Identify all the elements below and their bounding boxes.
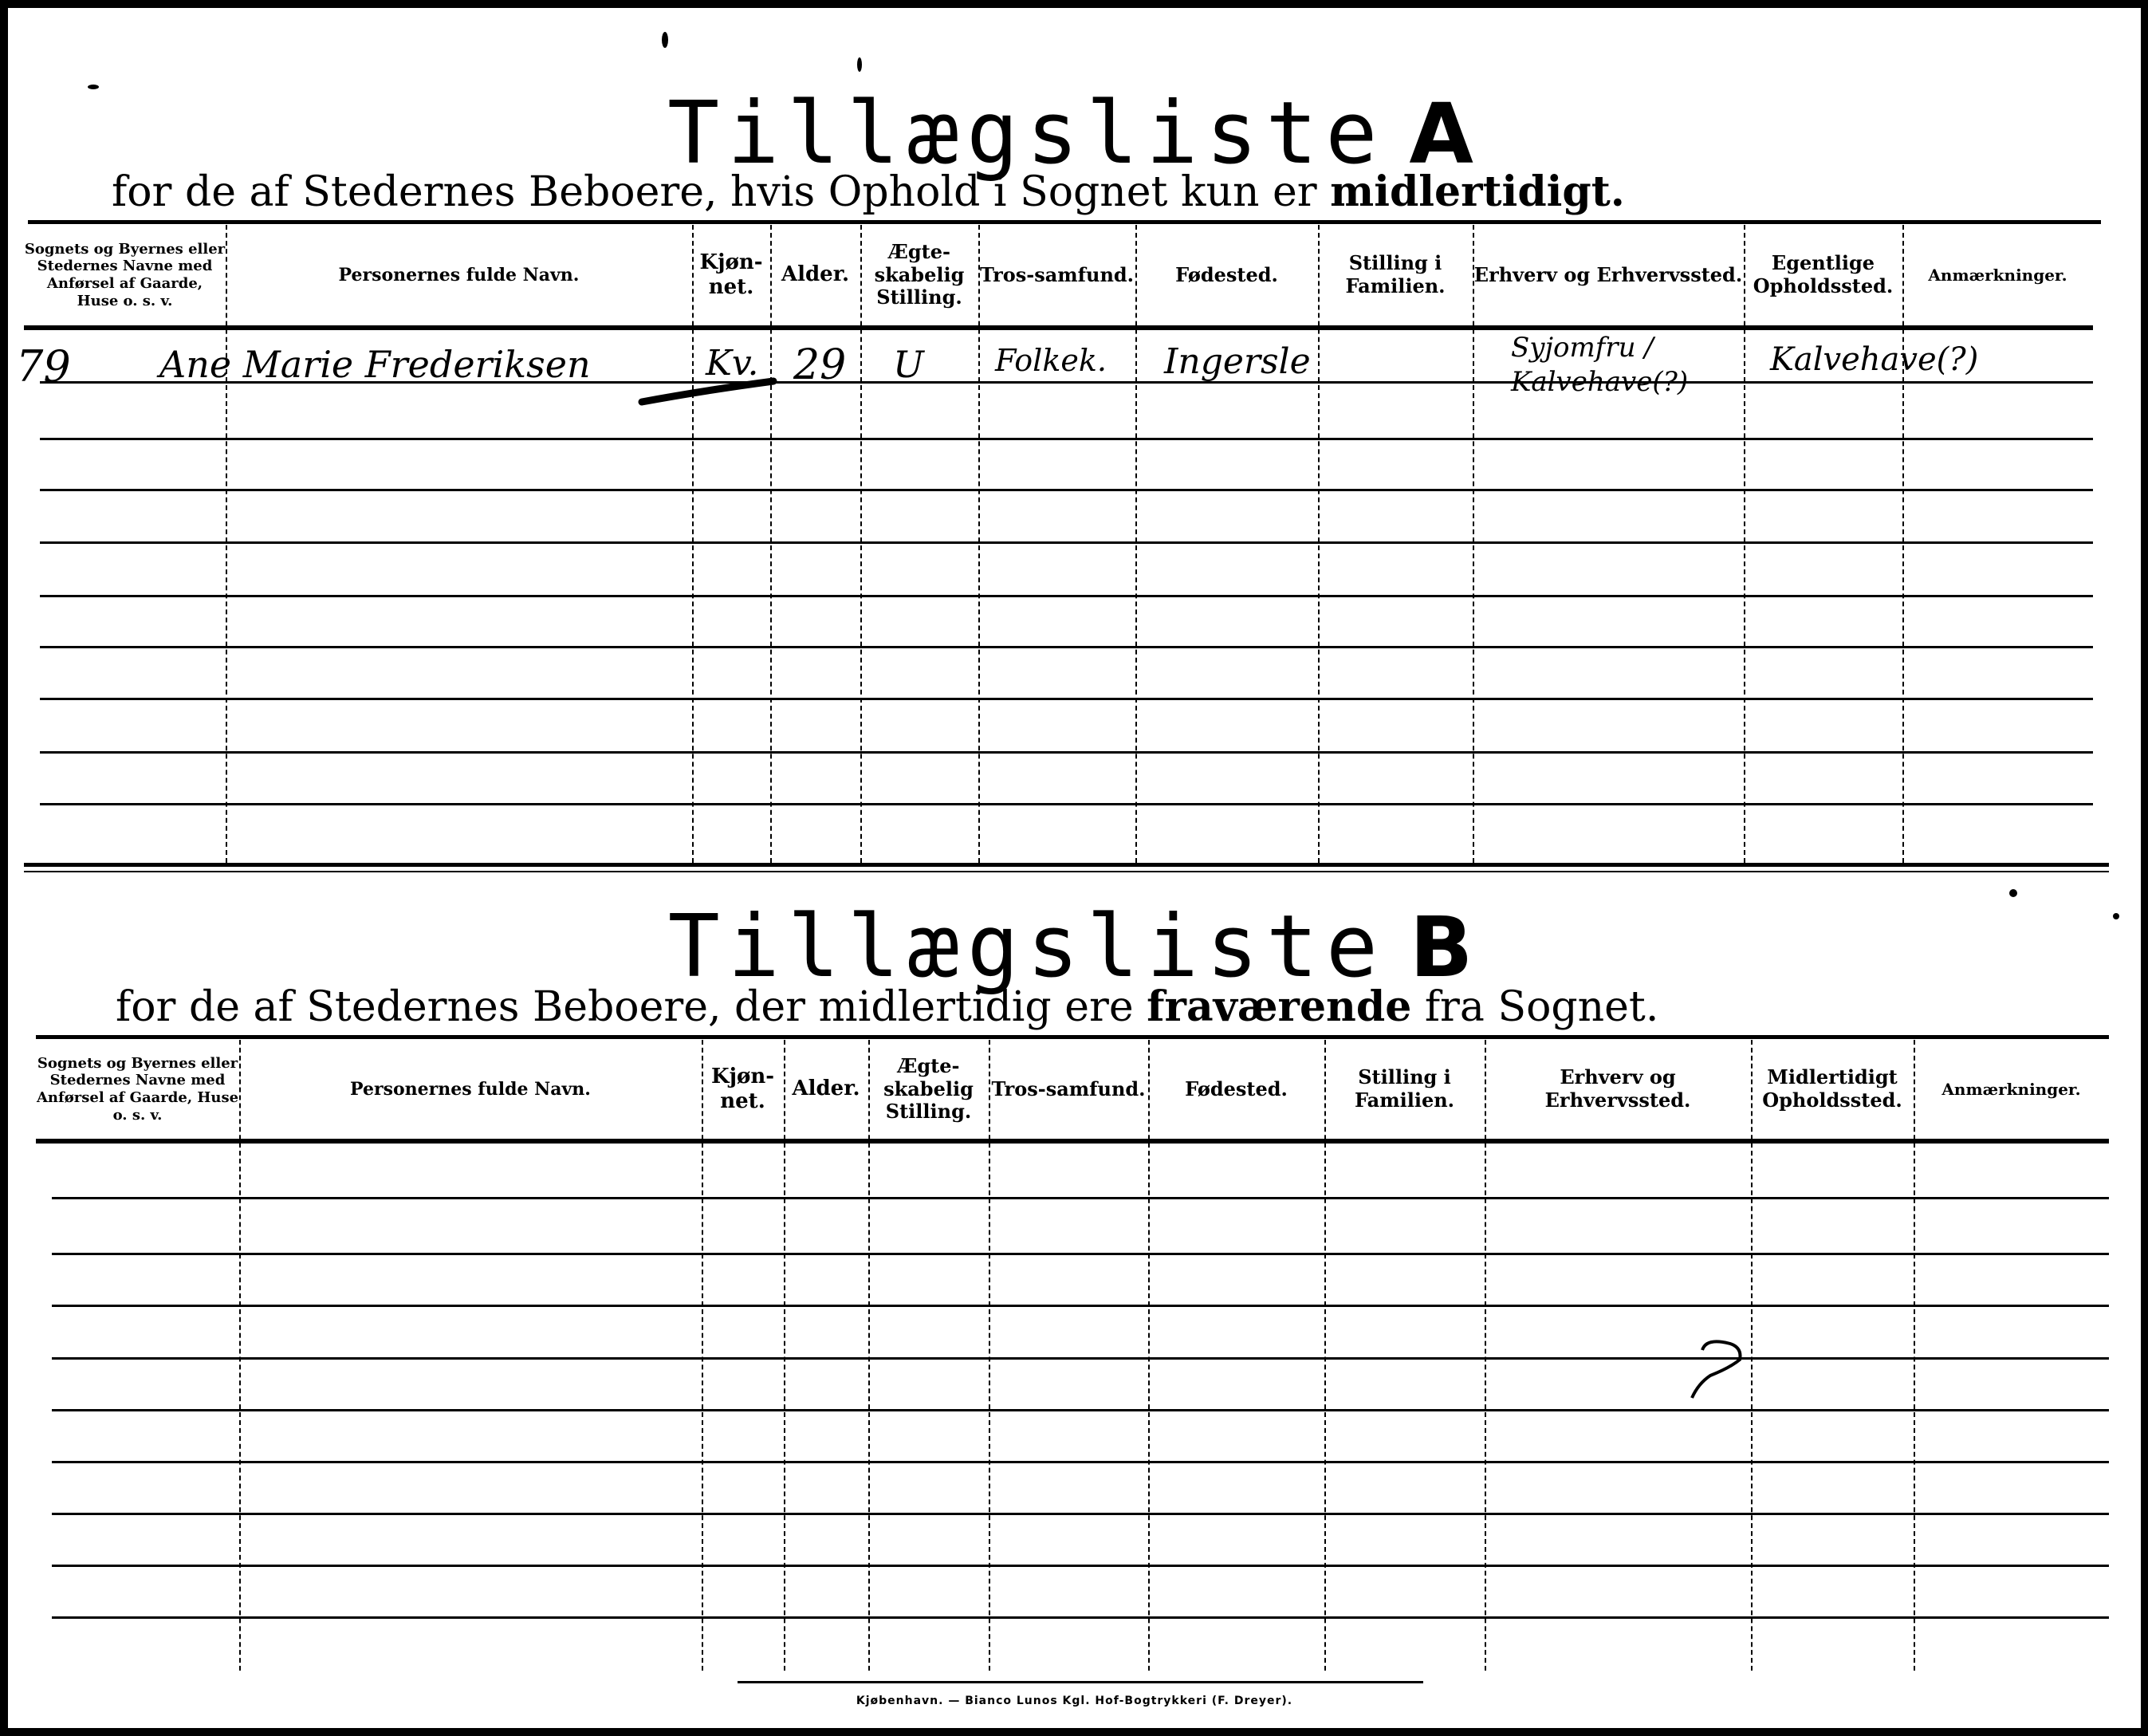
column-divider xyxy=(1902,225,1904,863)
column-divider xyxy=(1135,225,1137,863)
entry-age: 29 xyxy=(793,341,846,389)
scan-speck xyxy=(662,32,668,48)
column-divider xyxy=(1485,1040,1486,1671)
section-a-bottom-rule xyxy=(24,863,2109,867)
column-header: Ægte-skabelig Stilling. xyxy=(860,225,978,325)
column-header: Egentlige Opholdssted. xyxy=(1744,225,1902,325)
column-divider xyxy=(868,1040,870,1671)
section-b-subtitle-emphasis: fraværende xyxy=(1147,982,1411,1031)
scan-speck xyxy=(88,85,99,89)
column-header: Erhverv og Erhvervssted. xyxy=(1473,225,1744,325)
column-header: Kjøn-net. xyxy=(692,225,770,325)
column-header: Stilling i Familien. xyxy=(1318,225,1473,325)
table-row-line xyxy=(40,698,2093,700)
table-row-line xyxy=(52,1197,2109,1199)
column-divider xyxy=(1744,225,1745,863)
column-header: Stilling i Familien. xyxy=(1324,1040,1485,1139)
column-divider xyxy=(784,1040,785,1671)
entry-place-number: 79 xyxy=(16,341,71,392)
column-header: Anmærkninger. xyxy=(1914,1040,2109,1139)
table-row-line xyxy=(40,438,2093,440)
section-a-subtitle-emphasis: midlertidigt. xyxy=(1330,167,1625,216)
column-header: Fødested. xyxy=(1135,225,1318,325)
column-header: Personernes fulde Navn. xyxy=(239,1040,702,1139)
census-form-page: TillægslisteA for de af Stedernes Beboer… xyxy=(8,8,2141,1728)
entry-marital-status: U xyxy=(893,343,924,386)
column-header: Tros-samfund. xyxy=(978,225,1135,325)
column-divider xyxy=(860,225,862,863)
column-header: Tros-samfund. xyxy=(989,1040,1148,1139)
scan-speck xyxy=(857,57,862,72)
section-a-bottom-rule-2 xyxy=(24,871,2109,872)
column-header: Erhverv og Erhvervssted. xyxy=(1485,1040,1751,1139)
table-row-line xyxy=(52,1253,2109,1255)
footer-rule xyxy=(738,1681,1423,1683)
table-row-line xyxy=(40,646,2093,648)
column-header: Kjøn-net. xyxy=(702,1040,784,1139)
section-b-subtitle-text: for de af Stedernes Beboere, der midlert… xyxy=(116,983,1134,1031)
section-a-top-rule xyxy=(28,220,2101,224)
section-a-subtitle: for de af Stedernes Beboere, hvis Ophold… xyxy=(112,167,1625,216)
column-header: Sognets og Byernes eller Stedernes Navne… xyxy=(36,1040,239,1139)
section-b-subtitle-suffix: fra Sognet. xyxy=(1425,983,1659,1031)
column-divider xyxy=(1318,225,1320,863)
entry-residence: Kalvehave(?) xyxy=(1770,341,1978,378)
column-divider xyxy=(226,225,227,863)
header-rule xyxy=(36,1139,2109,1144)
column-header: Midlertidigt Opholdssted. xyxy=(1751,1040,1914,1139)
table-row-line xyxy=(40,595,2093,597)
section-b-letter: B xyxy=(1410,899,1481,996)
table-row-line xyxy=(52,1305,2109,1307)
table-row-line xyxy=(40,489,2093,491)
table-row-line xyxy=(40,803,2093,805)
table-row-line xyxy=(52,1616,2109,1619)
column-header: Fødested. xyxy=(1148,1040,1324,1139)
table-row-line xyxy=(40,751,2093,754)
column-header: Alder. xyxy=(770,225,860,325)
column-header: Sognets og Byernes eller Stedernes Navne… xyxy=(24,225,226,325)
scan-speck xyxy=(2009,889,2017,897)
column-divider xyxy=(770,225,772,863)
column-divider xyxy=(702,1040,703,1671)
column-header: Ægte-skabelig Stilling. xyxy=(868,1040,989,1139)
table-row-line xyxy=(52,1461,2109,1463)
column-header: Personernes fulde Navn. xyxy=(226,225,692,325)
column-divider xyxy=(1148,1040,1150,1671)
column-divider xyxy=(978,225,980,863)
entry-birthplace: Ingersle xyxy=(1164,341,1311,382)
column-header: Alder. xyxy=(784,1040,868,1139)
column-divider xyxy=(1324,1040,1326,1671)
column-divider xyxy=(1914,1040,1915,1671)
table-row-line xyxy=(40,541,2093,544)
entry-name: Ane Marie Frederiksen xyxy=(159,343,591,386)
pen-stroke-mark xyxy=(638,376,781,408)
column-header: Anmærkninger. xyxy=(1902,225,2093,325)
table-row-line xyxy=(52,1409,2109,1411)
scan-speck xyxy=(2113,913,2119,919)
header-rule xyxy=(24,325,2093,330)
table-row-line xyxy=(52,1565,2109,1567)
column-divider xyxy=(1473,225,1474,863)
table-row-line xyxy=(52,1357,2109,1360)
section-b-subtitle: for de af Stedernes Beboere, der midlert… xyxy=(116,982,1658,1031)
column-divider xyxy=(239,1040,241,1671)
pen-doodle-mark xyxy=(1682,1336,1754,1403)
entry-religion: Folkek. xyxy=(995,343,1107,378)
table-row-line xyxy=(52,1513,2109,1515)
printer-imprint: Kjøbenhavn. — Bianco Lunos Kgl. Hof-Bogt… xyxy=(8,1695,2141,1707)
entry-occupation: Syjomfru / Kalvehave(?) xyxy=(1511,331,1750,399)
section-a-subtitle-text: for de af Stedernes Beboere, hvis Ophold… xyxy=(112,168,1317,216)
section-b-top-rule xyxy=(36,1035,2109,1039)
column-divider xyxy=(989,1040,990,1671)
column-divider xyxy=(692,225,694,863)
